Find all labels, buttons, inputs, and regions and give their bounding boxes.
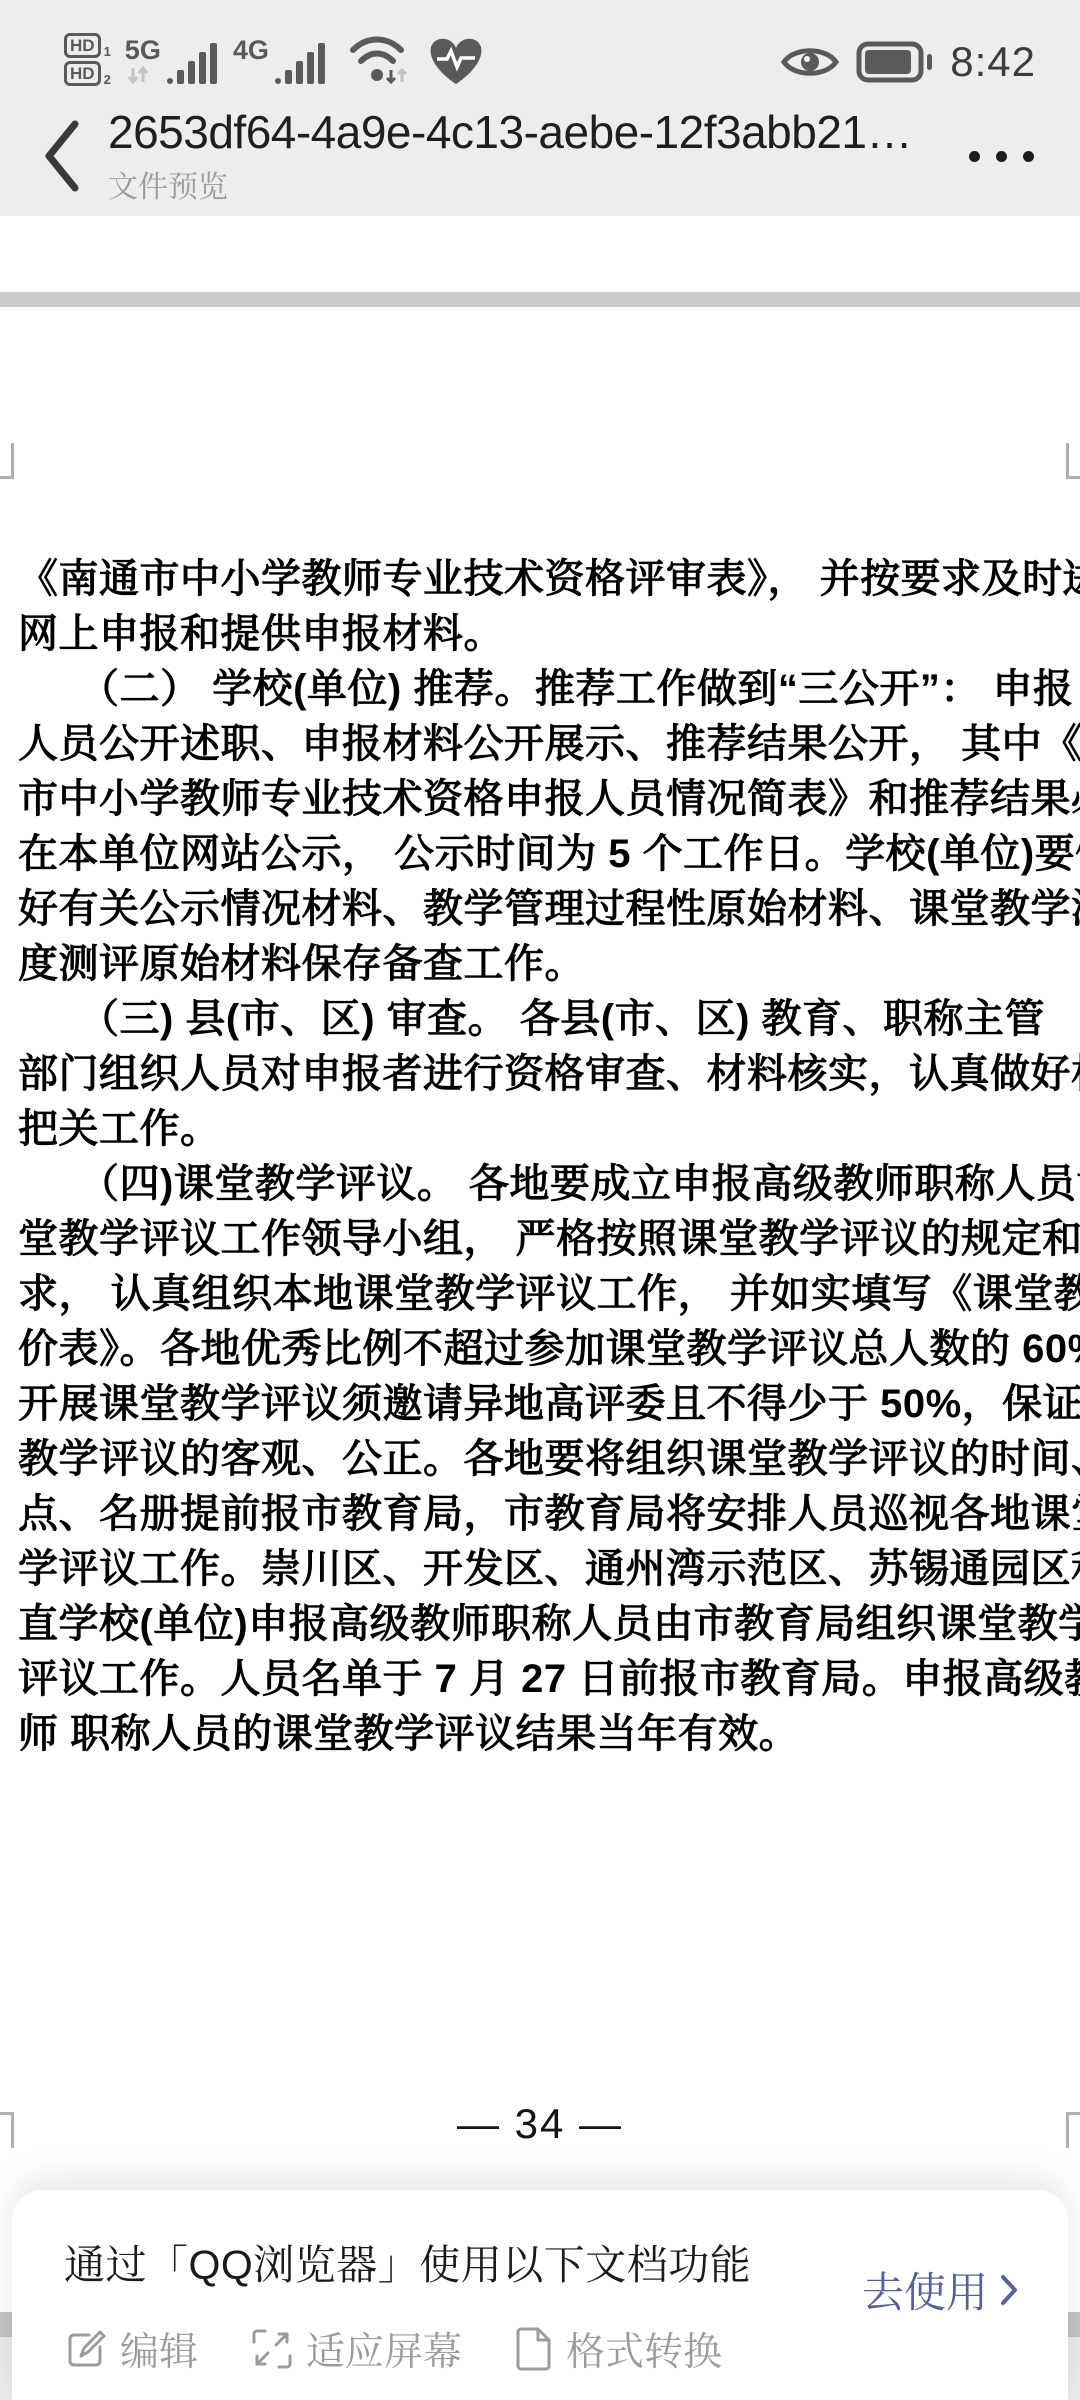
hd-volte-sim2-icon: HD 2 xyxy=(64,61,111,86)
chevron-left-icon xyxy=(40,117,82,195)
fit-screen-icon xyxy=(250,2327,294,2371)
use-link[interactable]: 去使用 xyxy=(862,2260,1020,2320)
action-label: 适应屏幕 xyxy=(306,2321,462,2377)
page-number: — 34 — xyxy=(0,2100,1080,2148)
doc-line: 点、名册提前报市教育局，市教育局将安排人员巡视各地课堂教 xyxy=(18,1487,1062,1542)
doc-line: 求， 认真组织本地课堂教学评议工作， 并如实填写《课堂教学评 xyxy=(18,1267,1062,1322)
bottom-sheet: 通过「QQ浏览器」使用以下文档功能 编辑 适应屏 xyxy=(12,2190,1068,2400)
status-right-icons: 8:42 xyxy=(780,38,1036,86)
action-label: 编辑 xyxy=(120,2321,198,2377)
doc-line: 度测评原始材料保存备查工作。 xyxy=(18,937,1062,992)
doc-line: 好有关公示情况材料、教学管理过程性原始材料、课堂教学满意 xyxy=(18,882,1062,937)
doc-line: （四)课堂教学评议。 各地要成立申报高级教师职称人员课 xyxy=(18,1157,1062,1212)
document-text: 《南通市中小学教师专业技术资格评审表》， 并按要求及时进行 网上申报和提供申报材… xyxy=(18,552,1062,1762)
doc-line: 网上申报和提供申报材料。 xyxy=(18,607,1062,662)
hd-sub: 1 xyxy=(104,45,111,58)
signal-4g: 4G xyxy=(233,37,327,86)
more-menu-button[interactable] xyxy=(963,131,1040,182)
document-viewer[interactable]: 《南通市中小学教师专业技术资格评审表》， 并按要求及时进行 网上申报和提供申报材… xyxy=(0,216,1080,2400)
doc-line: 部门组织人员对申报者进行资格审查、材料核实，认真做好材料 xyxy=(18,1047,1062,1102)
doc-line: 《南通市中小学教师专业技术资格评审表》， 并按要求及时进行 xyxy=(18,552,1062,607)
title-block: 2653df64-4a9e-4c13-aebe-12f3abb21… 文件预览 xyxy=(108,106,943,207)
status-time: 8:42 xyxy=(950,38,1036,86)
status-left-icons: HD 1 HD 2 5G xyxy=(64,33,485,86)
doc-line: 市中小学教师专业技术资格申报人员情况简表》和推荐结果必须 xyxy=(18,772,1062,827)
signal-5g: 5G xyxy=(125,37,219,86)
network-type-label: 5G xyxy=(125,37,161,64)
chevron-right-icon xyxy=(998,2272,1020,2308)
fit-screen-button[interactable]: 适应屏幕 xyxy=(250,2321,462,2377)
ellipsis-dot xyxy=(996,151,1007,162)
back-button[interactable] xyxy=(40,111,100,201)
ellipsis-dot xyxy=(1023,151,1034,162)
doc-line: 直学校(单位)申报高级教师职称人员由市教育局组织课堂教学 xyxy=(18,1597,1062,1652)
crop-mark-top-right xyxy=(1066,443,1080,479)
page-title: 2653df64-4a9e-4c13-aebe-12f3abb21… xyxy=(108,106,943,159)
format-convert-button[interactable]: 格式转换 xyxy=(514,2321,722,2377)
network-type-label: 4G xyxy=(233,37,269,64)
screen: HD 1 HD 2 5G xyxy=(0,0,1080,2400)
signal-bars-icon xyxy=(273,40,327,86)
hd-volte-icons: HD 1 HD 2 xyxy=(64,33,111,86)
hd-sub: 2 xyxy=(104,73,111,86)
sheet-actions: 编辑 适应屏幕 格式转换 xyxy=(64,2321,842,2377)
doc-line: 在本单位网站公示， 公示时间为 5 个工作日。学校(单位)要做 xyxy=(18,827,1062,882)
status-bar: HD 1 HD 2 5G xyxy=(0,0,1080,96)
sheet-title: 通过「QQ浏览器」使用以下文档功能 xyxy=(64,2232,842,2291)
battery-icon xyxy=(856,41,934,83)
doc-line: 人员公开述职、申报材料公开展示、推荐结果公开， 其中《南通 xyxy=(18,717,1062,772)
health-heart-icon xyxy=(427,36,485,86)
doc-line: 开展课堂教学评议须邀请异地高评委且不得少于 50%，保证课堂 xyxy=(18,1377,1062,1432)
doc-line: 评议工作。人员名单于 7 月 27 日前报市教育局。申报高级教 xyxy=(18,1652,1062,1707)
doc-line: （二） 学校(单位) 推荐。推荐工作做到“三公开”： 申报 xyxy=(18,662,1062,717)
page-subtitle: 文件预览 xyxy=(108,162,943,206)
hd-badge: HD xyxy=(64,33,101,58)
doc-line: 把关工作。 xyxy=(18,1102,1062,1157)
header: 2653df64-4a9e-4c13-aebe-12f3abb21… 文件预览 xyxy=(0,96,1080,216)
doc-line: 师 职称人员的课堂教学评议结果当年有效。 xyxy=(18,1707,1062,1762)
edit-icon xyxy=(64,2327,108,2371)
wifi-icon xyxy=(347,34,413,86)
signal-bars-icon xyxy=(165,40,219,86)
edit-button[interactable]: 编辑 xyxy=(64,2321,198,2377)
document-icon xyxy=(514,2326,554,2372)
crop-mark-top-left xyxy=(0,443,14,479)
hd-volte-sim1-icon: HD 1 xyxy=(64,33,111,58)
doc-line: （三) 县(市、区) 审查。 各县(市、区) 教育、职称主管 xyxy=(18,992,1062,1047)
action-label: 格式转换 xyxy=(566,2321,722,2377)
hd-badge: HD xyxy=(64,61,101,86)
eye-protection-icon xyxy=(780,42,840,82)
data-arrows-icon xyxy=(125,64,155,86)
doc-line: 学评议工作。崇川区、开发区、通州湾示范区、苏锡通园区和局 xyxy=(18,1542,1062,1597)
ellipsis-dot xyxy=(969,151,980,162)
use-link-label: 去使用 xyxy=(862,2260,988,2320)
doc-line: 堂教学评议工作领导小组， 严格按照课堂教学评议的规定和要 xyxy=(18,1212,1062,1267)
page-gap xyxy=(0,292,1080,307)
doc-line: 教学评议的客观、公正。各地要将组织课堂教学评议的时间、地 xyxy=(18,1432,1062,1487)
doc-line: 价表》。各地优秀比例不超过参加课堂教学评议总人数的 60% 。 xyxy=(18,1322,1062,1377)
